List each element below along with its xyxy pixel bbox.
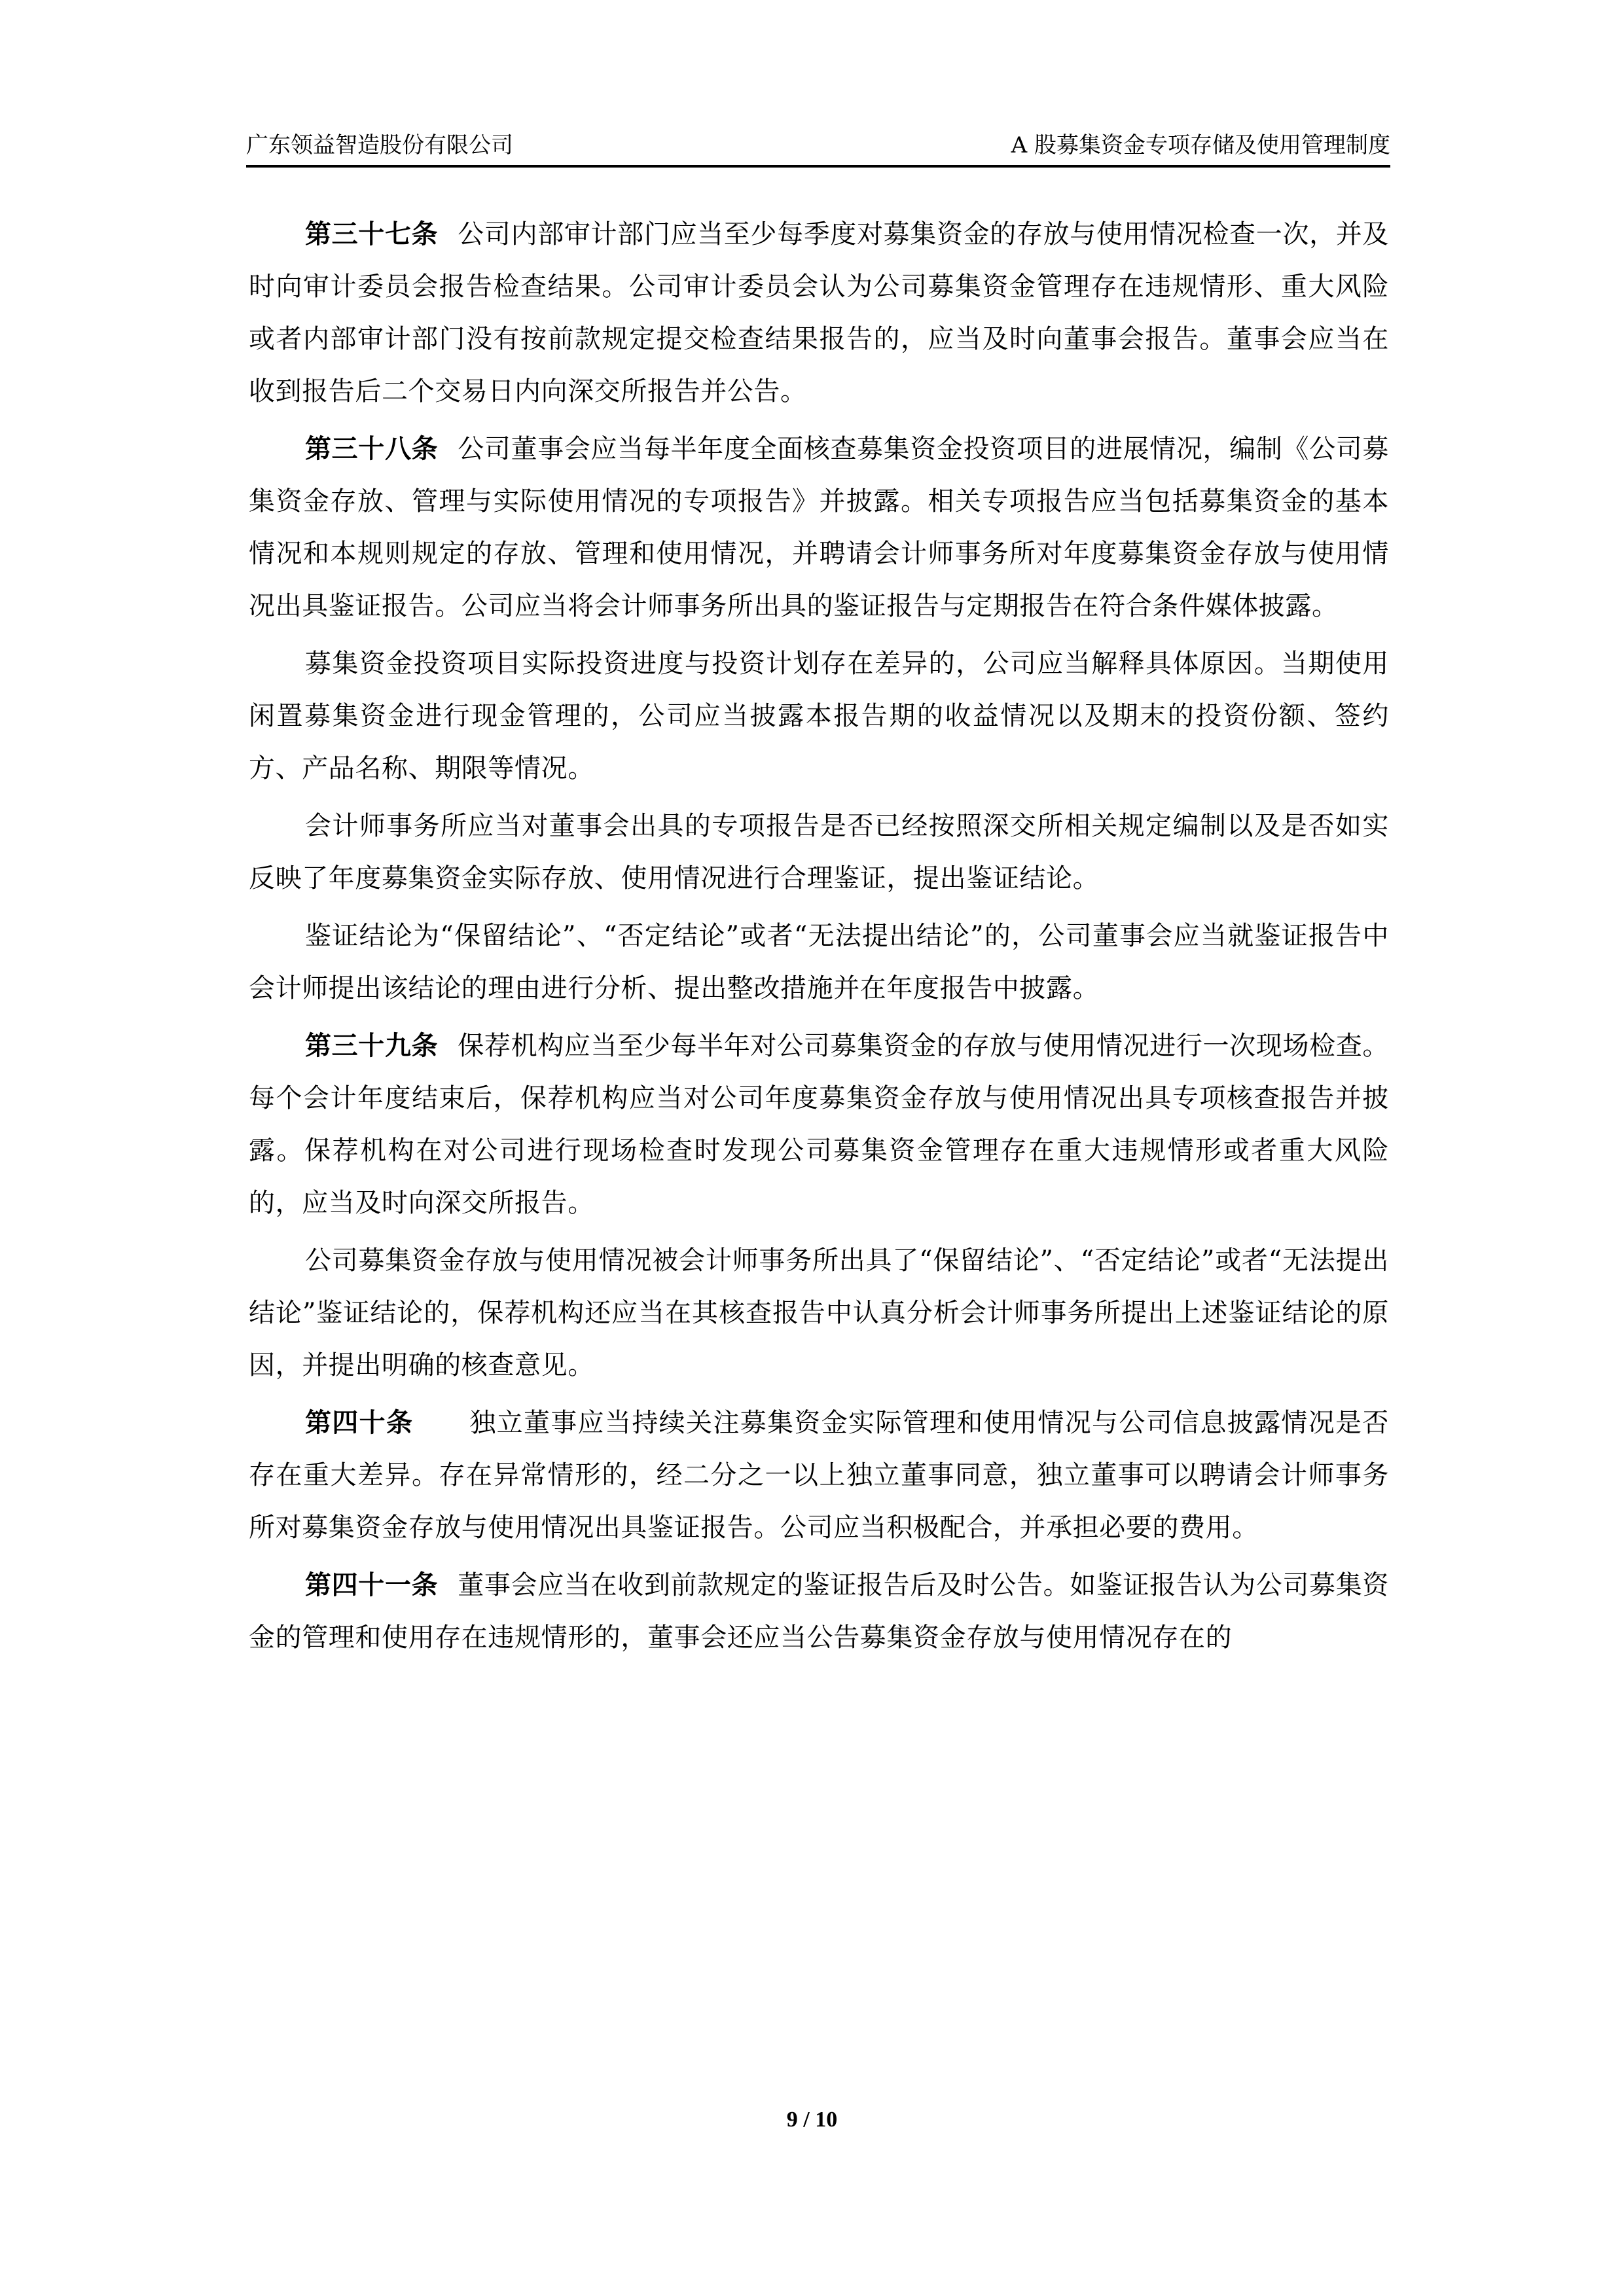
article-37-paragraph: 第三十七条公司内部审计部门应当至少每季度对募集资金的存放与使用情况检查一次，并及…	[249, 208, 1389, 418]
article-40-paragraph: 第四十条独立董事应当持续关注募集资金实际管理和使用情况与公司信息披露情况是否存在…	[249, 1397, 1389, 1554]
paragraph-text: 独立董事应当持续关注募集资金实际管理和使用情况与公司信息披露情况是否存在重大差异…	[249, 1408, 1389, 1543]
paragraph-text: 公司募集资金存放与使用情况被会计师事务所出具了“保留结论”、“否定结论”或者“无…	[249, 1246, 1389, 1380]
paragraph-text: 募集资金投资项目实际投资进度与投资计划存在差异的，公司应当解释具体原因。当期使用…	[249, 649, 1389, 783]
article-41-paragraph: 第四十一条董事会应当在收到前款规定的鉴证报告后及时公告。如鉴证报告认为公司募集资…	[249, 1559, 1389, 1664]
page-number: 9 / 10	[0, 2108, 1624, 2132]
article-39-subparagraph-1: 公司募集资金存放与使用情况被会计师事务所出具了“保留结论”、“否定结论”或者“无…	[249, 1234, 1389, 1391]
page-header: 广东领益智造股份有限公司 A 股募集资金专项存储及使用管理制度	[246, 128, 1390, 168]
paragraph-text: 鉴证结论为“保留结论”、“否定结论”或者“无法提出结论”的，公司董事会应当就鉴证…	[249, 921, 1389, 1003]
header-company-name: 广东领益智造股份有限公司	[246, 132, 513, 158]
article-number: 第四十一条	[305, 1570, 438, 1600]
document-body: 第三十七条公司内部审计部门应当至少每季度对募集资金的存放与使用情况检查一次，并及…	[249, 208, 1389, 1669]
article-number: 第三十八条	[305, 434, 438, 464]
article-number: 第四十条	[305, 1408, 413, 1438]
article-number: 第三十九条	[305, 1031, 438, 1061]
article-38-subparagraph-2: 会计师事务所应当对董事会出具的专项报告是否已经按照深交所相关规定编制以及是否如实…	[249, 800, 1389, 905]
article-38-paragraph: 第三十八条公司董事会应当每半年度全面核查募集资金投资项目的进展情况，编制《公司募…	[249, 423, 1389, 632]
header-document-title: A 股募集资金专项存储及使用管理制度	[1011, 132, 1390, 158]
paragraph-text: 会计师事务所应当对董事会出具的专项报告是否已经按照深交所相关规定编制以及是否如实…	[249, 811, 1389, 893]
article-39-paragraph: 第三十九条保荐机构应当至少每半年对公司募集资金的存放与使用情况进行一次现场检查。…	[249, 1020, 1389, 1229]
article-38-subparagraph-3: 鉴证结论为“保留结论”、“否定结论”或者“无法提出结论”的，公司董事会应当就鉴证…	[249, 910, 1389, 1014]
article-number: 第三十七条	[305, 219, 438, 249]
article-38-subparagraph-1: 募集资金投资项目实际投资进度与投资计划存在差异的，公司应当解释具体原因。当期使用…	[249, 637, 1389, 795]
